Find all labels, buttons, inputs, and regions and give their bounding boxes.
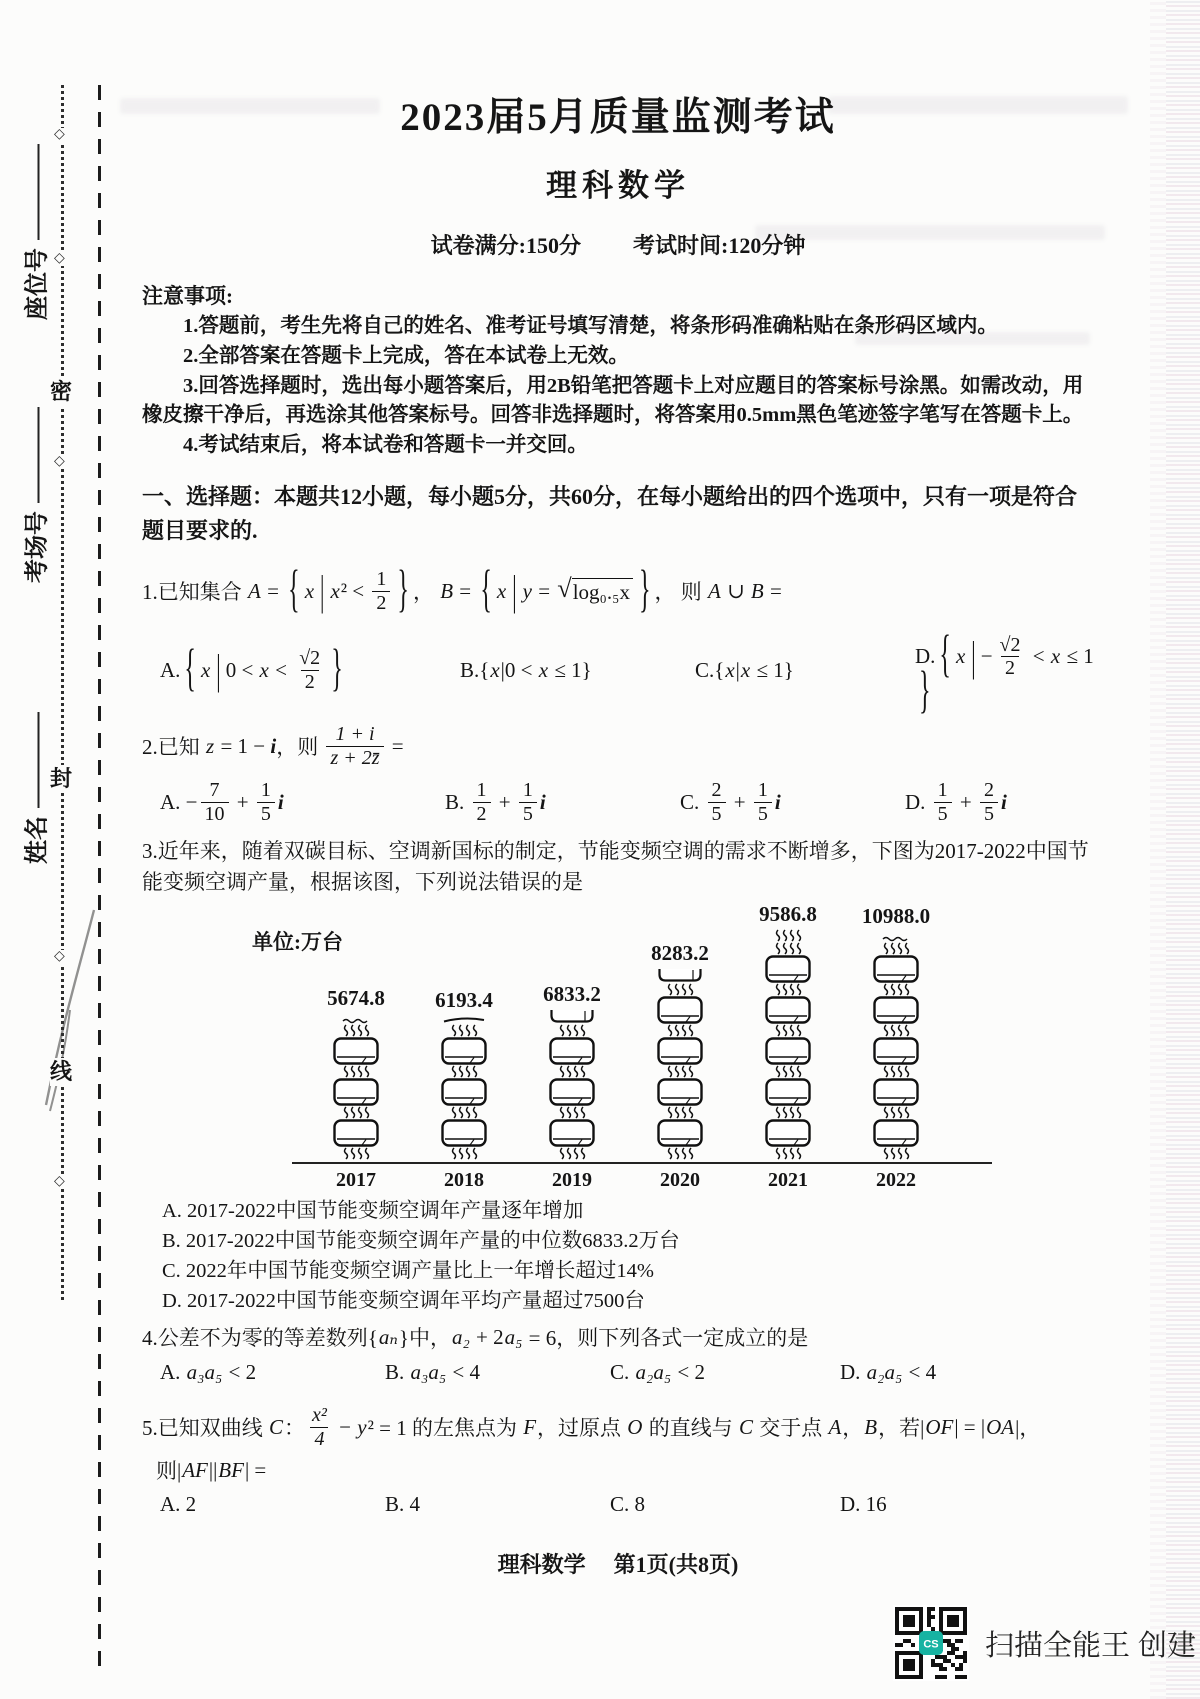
steam-squiggle-icon [557,1065,587,1078]
steam-squiggle-icon [665,1106,695,1119]
air-conditioner-icon [765,996,811,1024]
air-conditioner-icon [549,1037,595,1065]
air-conditioner-icon [873,996,919,1024]
section-1-heading: 一、选择题：本题共12小题，每小题5分，共60分，在每小题给出的四个选项中，只有… [142,480,1094,548]
q2-option-b: B. 12 + 15i [445,779,680,825]
question-3-stem: 3.近年来，随着双碳目标、空调新国标的制定，节能变频空调的需求不断增多，下图为2… [142,836,1094,898]
steam-squiggle-icon [341,1106,371,1119]
air-conditioner-icon [765,1037,811,1065]
steam-squiggle-icon [665,1065,695,1078]
chart-year-label: 2019 [518,1164,626,1192]
air-conditioner-icon [657,1037,703,1065]
seal-diamond-icon: ◇ [54,950,65,964]
air-conditioner-icon [765,1119,811,1147]
q3-option-c: C. 2022年中国节能变频空调产量比上一年增长超过14% [162,1256,1094,1286]
air-conditioner-icon [333,1078,379,1106]
steam-squiggle-icon [881,1024,911,1037]
seal-char-xian: 线 [50,1058,72,1086]
steam-squiggle-icon [773,1065,803,1078]
seal-diamond-icon: ◇ [54,455,65,469]
q4-option-a: A. a₃a₅ < 2 [160,1360,385,1385]
q5-option-a: A. 2 [160,1492,385,1517]
name-label: 姓名 [25,816,51,864]
q3-option-b: B. 2017-2022中国节能变频空调年产量的中位数6833.2万台 [162,1226,1094,1256]
scanned-exam-page: 座位号 考场号 姓名 ◇ ◇ ◇ ◇ ◇ 密 封 线 2023届5月质量监测考试… [0,0,1200,1699]
question-3-options: A. 2017-2022中国节能变频空调年产量逐年增加 B. 2017-2022… [162,1196,1094,1316]
chart-value-label: 10988.0 [862,904,930,929]
air-conditioner-icon [765,1078,811,1106]
steam-squiggle-icon [773,929,803,942]
air-conditioner-icon [549,1078,595,1106]
partial-icon [441,1015,487,1024]
steam-squiggle-icon [341,1024,371,1037]
seal-diamond-icon: ◇ [54,1175,65,1189]
partial-icon [549,1009,595,1024]
chart-column-2019: 6833.2 [518,982,626,1160]
chart-column-2020: 8283.2 [626,941,734,1160]
page-footer: 理科数学第1页(共8页) [142,1548,1094,1579]
seal-label-seat-number: 座位号 [17,144,52,320]
question-2-options: A. −710 + 15i B. 12 + 15i C. 25 + 15i D.… [160,776,1094,828]
note-item: 2.全部答案在答题卡上完成，答在本试卷上无效。 [142,342,1094,371]
steam-squiggle-icon [665,1024,695,1037]
curl-icon [881,931,911,942]
steam-squiggle-icon [449,1024,479,1037]
steam-squiggle-icon [341,1147,371,1160]
seal-diamond-icon: ◇ [54,252,65,266]
air-conditioner-icon [441,1078,487,1106]
air-conditioner-icon [873,1078,919,1106]
air-conditioner-icon [441,1037,487,1065]
footer-page-info: 第1页(共8页) [614,1552,739,1577]
air-conditioner-icon [873,1119,919,1147]
room-number-label: 考场号 [25,511,51,583]
air-conditioner-icon [333,1037,379,1065]
qr-code: CS [893,1605,969,1681]
curl-icon [341,1013,371,1024]
seal-dotted-line [61,85,64,1300]
steam-squiggle-icon [773,942,803,955]
question-5-stem-line2: 则|AF||BF| = [156,1454,1094,1486]
exam-notes: 注意事项: 1.答题前，考生先将自己的姓名、准考证号填写清楚，将条形码准确粘贴在… [142,282,1094,460]
chart-value-label: 6193.4 [435,988,493,1013]
air-conditioner-icon [657,996,703,1024]
chart-value-label: 8283.2 [651,941,709,966]
chart-year-axis: 201720182019202020212022 [302,1164,950,1192]
steam-squiggle-icon [449,1106,479,1119]
footer-subject: 理科数学 [498,1552,586,1577]
exam-meta: 试卷满分:150分 考试时间:120分钟 [142,229,1094,260]
exam-content: 2023届5月质量监测考试 理科数学 试卷满分:150分 考试时间:120分钟 … [142,86,1094,1522]
steam-squiggle-icon [557,1024,587,1037]
steam-squiggle-icon [773,1147,803,1160]
steam-squiggle-icon [881,983,911,996]
chart-value-label: 9586.8 [759,902,817,927]
chart-unit-label: 单位:万台 [252,926,343,956]
q4-option-d: D. a₂a₅ < 4 [840,1360,1094,1385]
air-conditioner-icon [873,1037,919,1065]
partial-icon [657,968,703,983]
q1-option-c: C.{x|x ≤ 1} [695,658,915,683]
chart-value-label: 6833.2 [543,982,601,1007]
scanner-watermark: CS 扫描全能王 创建 [893,1605,1196,1681]
steam-squiggle-icon [881,942,911,955]
steam-squiggle-icon [773,1024,803,1037]
air-conditioner-icon [657,1078,703,1106]
q1-option-a: A.{x|0 < x < √22} [160,647,460,693]
seat-number-blank-line [38,144,40,240]
steam-squiggle-icon [449,1147,479,1160]
chart-year-label: 2022 [842,1164,950,1192]
seal-char-feng: 封 [50,765,72,793]
q5-option-d: D. 16 [840,1492,1094,1517]
question-1-stem: 1.已知集合 A = {x|x² < 12}， B = {x|y = √log₀… [142,554,1094,628]
room-number-blank-line [38,407,40,503]
q3-option-a: A. 2017-2022中国节能变频空调年产量逐年增加 [162,1196,1094,1226]
steam-squiggle-icon [665,983,695,996]
question-5-options: A. 2 B. 4 C. 8 D. 16 [160,1486,1094,1522]
name-blank-line [38,712,40,808]
scanner-label: 扫描全能王 创建 [985,1623,1196,1664]
air-conditioner-icon [441,1119,487,1147]
steam-squiggle-icon [665,1147,695,1160]
seal-label-room-number: 考场号 [17,407,52,583]
steam-squiggle-icon [557,1147,587,1160]
question-1-options: A.{x|0 < x < √22} B.{x|0 < x ≤ 1} C.{x|x… [160,628,1094,712]
air-conditioner-icon [873,955,919,983]
q5-option-b: B. 4 [385,1492,610,1517]
scan-edge-noise [1166,0,1200,1699]
note-item: 1.答题前，考生先将自己的姓名、准考证号填写清楚，将条形码准确粘贴在条形码区域内… [142,312,1094,341]
full-score: 试卷满分:150分 [431,229,581,260]
steam-squiggle-icon [773,983,803,996]
exam-title: 2023届5月质量监测考试 [142,86,1094,142]
q1-option-d: D.{x|−√22 < x ≤ 1} [915,634,1094,707]
q3-option-d: D. 2017-2022中国节能变频空调年平均产量超过7500台 [162,1286,1094,1316]
air-conditioner-icon [333,1119,379,1147]
chart-year-label: 2018 [410,1164,518,1192]
question-5-stem-line1: 5.已知双曲线 C：x²4 − y² = 1 的左焦点为 F，过原点 O 的直线… [142,1400,1094,1454]
steam-squiggle-icon [773,1106,803,1119]
exam-duration: 考试时间:120分钟 [633,229,805,260]
exam-subject: 理科数学 [142,160,1094,205]
steam-squiggle-icon [881,1147,911,1160]
seal-diamond-icon: ◇ [54,128,65,142]
steam-squiggle-icon [341,1065,371,1078]
chart-column-2017: 5674.8 [302,986,410,1160]
seal-label-name: 姓名 [17,712,52,864]
chart-columns: 5674.86193.46833.28283.29586.810988.0 [302,902,950,1160]
seal-char-mi: 密 [50,378,72,406]
q2-option-a: A. −710 + 15i [160,779,445,825]
notes-title: 注意事项: [142,282,1094,311]
seal-dashed-line [98,85,101,1667]
air-conditioner-icon [765,955,811,983]
q2-option-c: C. 25 + 15i [680,779,905,825]
chart-year-label: 2020 [626,1164,734,1192]
production-chart: 单位:万台 5674.86193.46833.28283.29586.81098… [142,902,1094,1192]
air-conditioner-icon [657,1119,703,1147]
steam-squiggle-icon [881,1065,911,1078]
question-4-stem: 4.公差不为零的等差数列{aₙ}中，a₂ + 2a₅ = 6，则下列各式一定成立… [142,1322,1094,1352]
q1-option-b: B.{x|0 < x ≤ 1} [460,658,695,683]
chart-value-label: 5674.8 [327,986,385,1011]
air-conditioner-icon [549,1119,595,1147]
steam-squiggle-icon [449,1065,479,1078]
chart-year-label: 2021 [734,1164,842,1192]
steam-squiggle-icon [881,1106,911,1119]
seat-number-label: 座位号 [25,248,51,320]
chart-column-2018: 6193.4 [410,988,518,1160]
question-4-options: A. a₃a₅ < 2 B. a₃a₅ < 4 C. a₂a₅ < 2 D. a… [160,1352,1094,1392]
note-item: 4.考试结束后，将本试卷和答题卡一并交回。 [142,431,1094,460]
svg-text:CS: CS [923,1639,938,1651]
chart-year-label: 2017 [302,1164,410,1192]
question-2-stem: 2.已知 z = 1 − i，则 1 + iz + 2z̄ = [142,716,1094,776]
q2-option-d: D. 15 + 25i [905,779,1094,825]
chart-column-2022: 10988.0 [842,904,950,1160]
scan-edge-noise-2 [1150,0,1166,1699]
steam-squiggle-icon [557,1106,587,1119]
note-item: 3.回答选择题时，选出每小题答案后，用2B铅笔把答题卡上对应题目的答案标号涂黑。… [142,372,1094,430]
q5-option-c: C. 8 [610,1492,840,1517]
q4-option-c: C. a₂a₅ < 2 [610,1360,840,1385]
q4-option-b: B. a₃a₅ < 4 [385,1360,610,1385]
chart-column-2021: 9586.8 [734,902,842,1160]
